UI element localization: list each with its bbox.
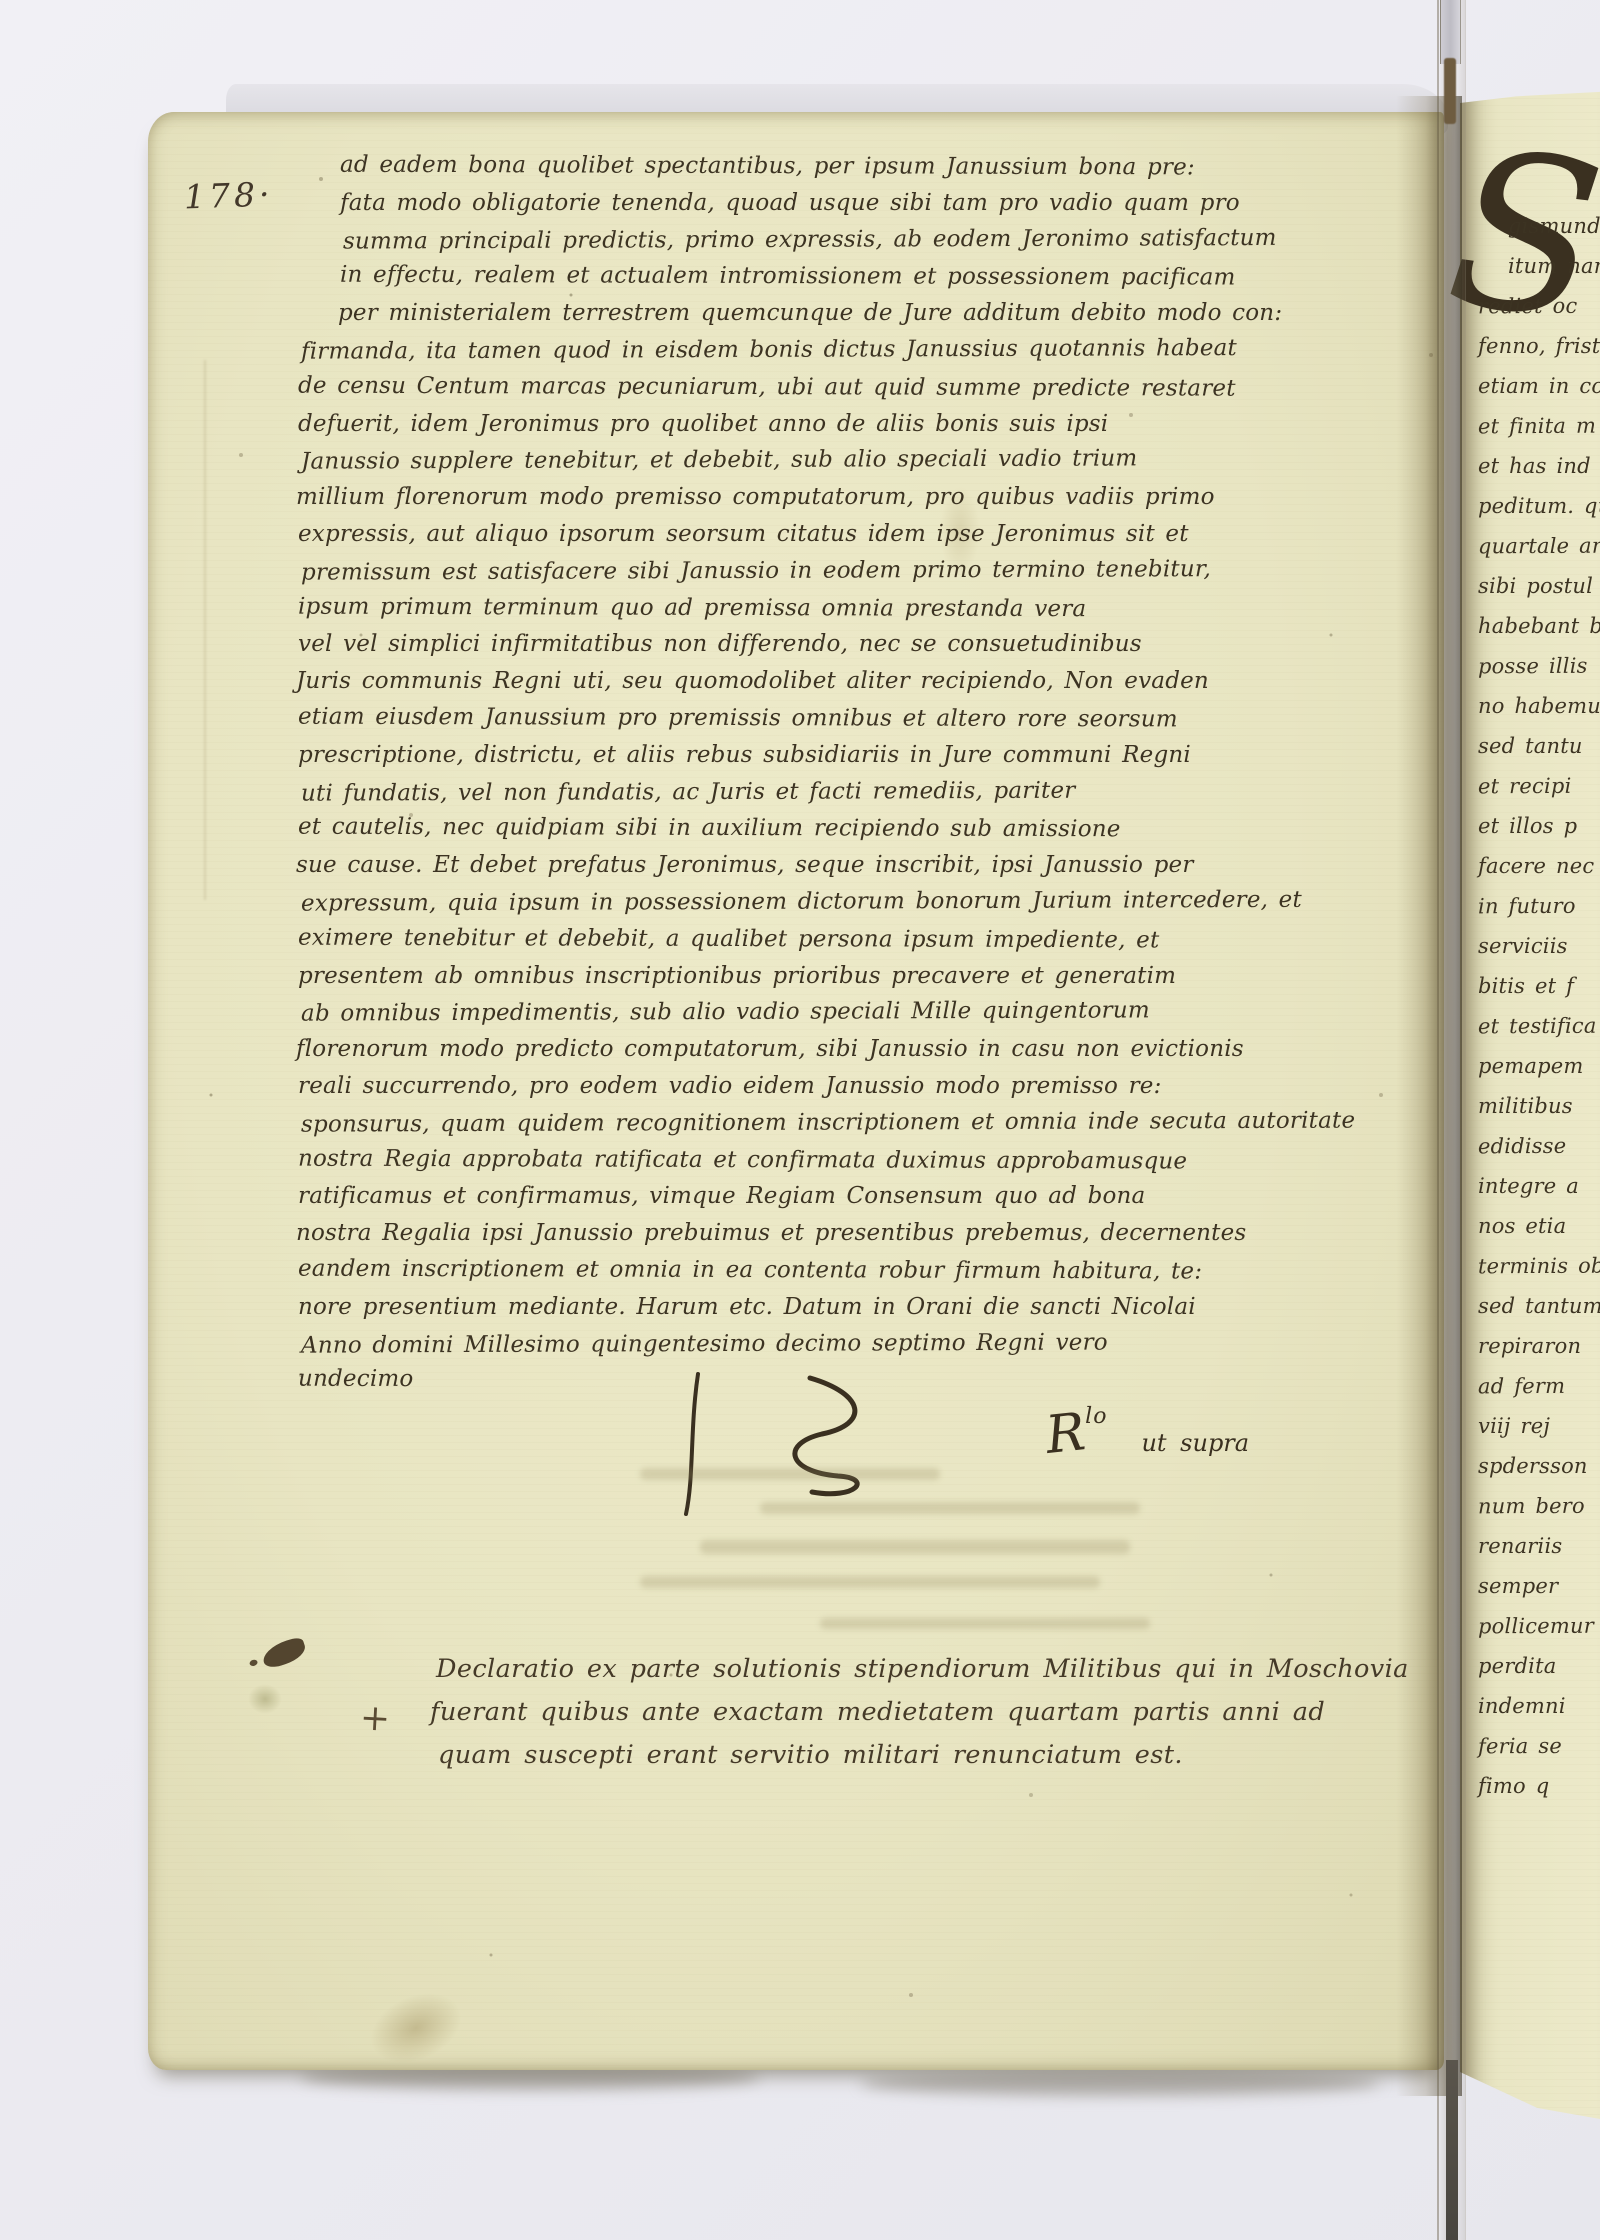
manuscript-line-fragment: militibus	[1478, 1086, 1600, 1126]
signature-initial: R	[1043, 1402, 1088, 1466]
manuscript-line-fragment: habebant b	[1478, 606, 1600, 646]
manuscript-line-fragment: et finita m	[1478, 406, 1600, 447]
manuscript-line-fragment: et recipi	[1478, 766, 1600, 807]
manuscript-line-fragment: sed tantum	[1478, 1286, 1600, 1326]
manuscript-line: summa principali predictis, primo expres…	[343, 220, 1161, 260]
manuscript-line: ratificamus et confirmamus, vimque Regia…	[298, 1178, 1158, 1215]
manuscript-line-fragment: fimo q	[1478, 1766, 1600, 1806]
manuscript-line-fragment: et illos p	[1478, 806, 1600, 846]
manuscript-line: presentem ab omnibus inscriptionibus pri…	[298, 958, 1158, 995]
bleedthrough-line	[700, 1540, 1130, 1554]
heading-line: quam suscepti erant servitio militari re…	[438, 1734, 1409, 1777]
notarial-paraph-flourish	[660, 1372, 920, 1522]
page-holder-rod-dark-segment	[1444, 58, 1456, 124]
manuscript-line: florenorum modo predicto computatorum, s…	[296, 1031, 1156, 1068]
page-holder-rod-top	[1440, 0, 1461, 64]
manuscript-line: ipsum primum terminum quo ad premissa om…	[298, 588, 1158, 627]
manuscript-line: in effectu, realem et actualem intromiss…	[340, 257, 1158, 296]
manuscript-line: sue cause. Et debet prefatus Jeronimus, …	[296, 847, 1156, 884]
manuscript-line-fragment: peditum. qu	[1478, 486, 1600, 526]
manuscript-line-fragment: gismundus z	[1508, 206, 1600, 246]
manuscript-line-fragment: terminis obl	[1478, 1246, 1600, 1287]
manuscript-line-fragment: integre a	[1478, 1166, 1600, 1206]
manuscript-line-fragment: semper	[1478, 1566, 1600, 1606]
heading-line: Declaratio ex parte solutionis stipendio…	[436, 1648, 1409, 1691]
paper-crease	[204, 360, 206, 900]
manuscript-photo: 178· ad eadem bona quolibet spectantibus…	[0, 0, 1600, 2240]
declaratio-heading: Declaratio ex parte solutionis stipendio…	[436, 1648, 1409, 1777]
manuscript-line-fragment: nos etia	[1478, 1206, 1600, 1246]
manuscript-line-fragment: sibi postul	[1478, 566, 1600, 606]
manuscript-line: de censu Centum marcas pecuniarum, ubi a…	[298, 367, 1158, 406]
page-drop-shadow	[860, 2070, 1380, 2096]
manuscript-line: nostra Regia approbata ratificata et con…	[298, 1140, 1158, 1179]
manuscript-line-fragment: edidisse	[1478, 1126, 1600, 1167]
manuscript-line-fragment: serviciis	[1478, 926, 1600, 966]
manuscript-line: prescriptione, districtu, et aliis rebus…	[298, 737, 1158, 774]
manuscript-line-fragment: feria se	[1478, 1726, 1600, 1767]
margin-smudge	[248, 1684, 282, 1714]
manuscript-line: defuerit, idem Jeronimus pro quolibet an…	[298, 406, 1158, 443]
manuscript-line: sponsurus, quam quidem recognitionem ins…	[301, 1103, 1161, 1143]
bleedthrough-line	[640, 1468, 940, 1480]
manuscript-line-fragment: facere nec	[1478, 846, 1600, 886]
manuscript-line: reali succurrendo, pro eodem vadio eidem…	[298, 1068, 1158, 1105]
margin-cross-mark: +	[359, 1697, 391, 1740]
bleedthrough-line	[760, 1502, 1140, 1514]
manuscript-line: expressum, quia ipsum in possessionem di…	[301, 882, 1161, 922]
manuscript-line-fragment: perdita	[1478, 1646, 1600, 1686]
manuscript-line-fragment: sed tantu	[1478, 726, 1600, 766]
manuscript-line: vel vel simplici infirmitatibus non diff…	[298, 626, 1158, 663]
manuscript-line-fragment: no habemus	[1478, 686, 1600, 726]
signature-note: ut supra	[1141, 1429, 1249, 1457]
folio-number: 178·	[183, 174, 274, 216]
manuscript-line-fragment: quartale ar	[1478, 526, 1600, 567]
manuscript-line: etiam eiusdem Janussium pro premissis om…	[298, 699, 1158, 738]
manuscript-line: expressis, aut aliquo ipsorum seorsum ci…	[298, 516, 1158, 553]
manuscript-line: nostra Regalia ipsi Janussio prebuimus e…	[296, 1215, 1156, 1252]
manuscript-line-fragment: in futuro	[1478, 886, 1600, 927]
manuscript-line: et cautelis, nec quidpiam sibi in auxili…	[298, 809, 1158, 848]
manuscript-line-fragment: posse illis	[1478, 646, 1600, 687]
manuscript-line-fragment: rediet oc	[1478, 286, 1600, 327]
main-text-block: ad eadem bona quolibet spectantibus, per…	[298, 148, 1158, 1399]
manuscript-line-fragment: etiam in co	[1478, 366, 1600, 406]
manuscript-line-fragment: num bero	[1478, 1486, 1600, 1527]
manuscript-line: nore presentium mediante. Harum etc. Dat…	[298, 1289, 1158, 1326]
manuscript-line-fragment: viij rej	[1478, 1406, 1600, 1446]
manuscript-line: ab omnibus impedimentis, sub alio vadio …	[301, 993, 1161, 1033]
manuscript-line: per ministerialem terrestrem quemcunque …	[338, 295, 1156, 332]
manuscript-line-fragment: indemni	[1478, 1686, 1600, 1726]
manuscript-line: Juris communis Regni uti, seu quomodolib…	[296, 663, 1156, 700]
manuscript-line: premissum est satisfacere sibi Janussio …	[301, 551, 1161, 591]
manuscript-line-fragment: et testifica	[1478, 1006, 1600, 1047]
manuscript-line: uti fundatis, vel non fundatis, ac Juris…	[301, 772, 1161, 812]
manuscript-line-fragment: et has ind	[1478, 446, 1600, 486]
manuscript-line-fragment: repiraron	[1478, 1326, 1600, 1366]
page-holder-rod-bottom	[1446, 2060, 1458, 2240]
manuscript-line-fragment: itum nam q	[1508, 246, 1600, 286]
manuscript-line-fragment: pollicemur	[1478, 1606, 1600, 1647]
manuscript-line: Janussio supplere tenebitur, et debebit,…	[301, 441, 1161, 481]
relatio-signature: Rlout supra	[1046, 1404, 1249, 1464]
manuscript-line-fragment: fenno, frist	[1478, 326, 1600, 366]
manuscript-line-fragment: bitis et f	[1478, 966, 1600, 1006]
manuscript-line: eximere tenebitur et debebit, a qualibet…	[298, 919, 1158, 958]
page-holder-rod	[1437, 0, 1466, 2240]
signature-superscript: lo	[1085, 1404, 1107, 1429]
heading-line: fuerant quibus ante exactam medietatem q…	[430, 1691, 1409, 1734]
bleedthrough-line	[820, 1618, 1150, 1629]
manuscript-line: millium florenorum modo premisso computa…	[296, 479, 1156, 516]
manuscript-line: fata modo obligatorie tenenda, quoad usq…	[340, 185, 1158, 222]
manuscript-line-fragment: renariis	[1478, 1526, 1600, 1566]
right-page-text-fragments: gismundus zitum nam qrediet ocfenno, fri…	[1478, 206, 1600, 1806]
manuscript-line-fragment: spdersson	[1478, 1446, 1600, 1486]
manuscript-line: firmanda, ita tamen quod in eisdem bonis…	[301, 330, 1161, 370]
manuscript-line-fragment: pemapem	[1478, 1046, 1600, 1086]
manuscript-line-fragment: ad ferm	[1478, 1366, 1600, 1407]
bleedthrough-line	[640, 1576, 1100, 1588]
manuscript-line: eandem inscriptionem et omnia in ea cont…	[298, 1251, 1158, 1290]
paper-speckles	[150, 114, 152, 116]
manuscript-line: ad eadem bona quolibet spectantibus, per…	[340, 147, 1158, 186]
manuscript-line: Anno domini Millesimo quingentesimo deci…	[301, 1324, 1161, 1364]
